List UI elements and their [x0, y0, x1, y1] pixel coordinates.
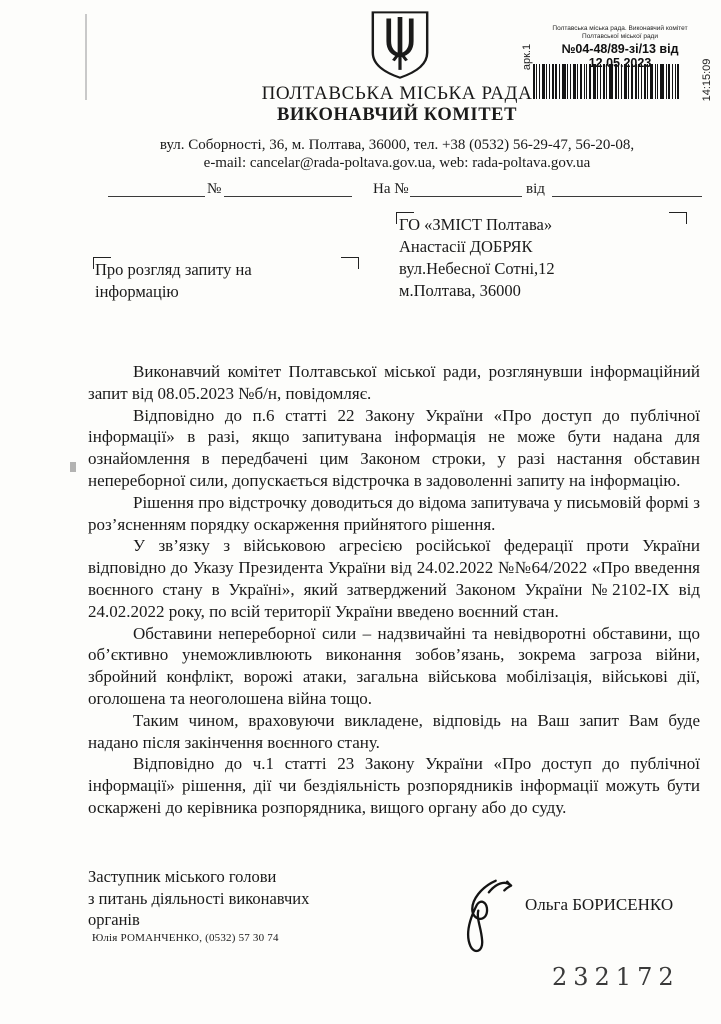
body-paragraph: Відповідно до ч.1 статті 23 Закону Украї… [88, 753, 700, 818]
recipient-street: вул.Небесної Сотні,12 [399, 258, 555, 280]
body-paragraph: Таким чином, враховуючи викладене, відпо… [88, 710, 700, 754]
position-line-1: Заступник міського голови [88, 866, 309, 888]
recipient-person: Анастасії ДОБРЯК [399, 236, 555, 258]
executor-contact: Юлія РОМАНЧЕНКО, (0532) 57 30 74 [92, 932, 279, 944]
signatory-position: Заступник міського голови з питань діяль… [88, 866, 309, 931]
ukraine-trident-emblem-icon [370, 10, 430, 80]
signatory-name: Ольга БОРИСЕНКО [525, 895, 673, 915]
body-paragraph: Виконавчий комітет Полтавської міської р… [88, 361, 700, 405]
position-line-2: з питань діяльності виконавчих [88, 888, 309, 910]
subject-line-2: інформацію [95, 281, 252, 303]
sheet-number-label: арк.1 [521, 37, 535, 77]
body-paragraph: У зв’язку з військовою агресією російськ… [88, 535, 700, 622]
body-paragraph: Відповідно до п.6 статті 22 Закону Украї… [88, 405, 700, 492]
body-paragraph: Рішення про відстрочку доводиться до від… [88, 492, 700, 536]
stamped-document-number: 232172 [552, 963, 680, 991]
recipient-city: м.Полтава, 36000 [399, 280, 555, 302]
subject-block: Про розгляд запиту на інформацію [95, 259, 252, 302]
body-paragraph: Обставини непереборної сили – надзвичайн… [88, 623, 700, 710]
ref-reply-to-label: На № [373, 181, 409, 198]
org-address: вул. Соборності, 36, м. Полтава, 36000, … [77, 136, 717, 154]
subject-corner-mark-right [341, 257, 359, 269]
position-line-3: органів [88, 909, 309, 931]
barcode-icon [533, 64, 679, 99]
subject-line-1: Про розгляд запиту на [95, 259, 252, 281]
org-contacts: e-mail: cancelar@rada-poltava.gov.ua, we… [77, 154, 717, 172]
ref-blank-line-3 [410, 180, 522, 197]
recipient-org: ГО «ЗМІСТ Полтава» [399, 214, 555, 236]
ref-blank-line-2 [224, 180, 352, 197]
ref-blank-line-4 [552, 180, 702, 197]
registration-stamp-org: Полтавська міська рада. Виконавчий коміт… [538, 25, 702, 40]
ref-number-label: № [207, 181, 221, 198]
recipient-block: ГО «ЗМІСТ Полтава» Анастасії ДОБРЯК вул.… [399, 214, 555, 302]
letter-body: Виконавчий комітет Полтавської міської р… [88, 361, 700, 819]
ref-blank-line-1 [108, 180, 205, 197]
ref-from-label: від [526, 181, 545, 198]
handwritten-signature-icon [455, 874, 517, 956]
scanned-letter-page: ПОЛТАВСЬКА МІСЬКА РАДА ВИКОНАВЧИЙ КОМІТЕ… [0, 0, 721, 1024]
registration-time: 14:15:09 [701, 55, 713, 105]
recipient-corner-mark-right [669, 212, 687, 224]
committee-name: ВИКОНАВЧИЙ КОМІТЕТ [77, 105, 717, 125]
scan-artifact-speck [70, 462, 76, 472]
